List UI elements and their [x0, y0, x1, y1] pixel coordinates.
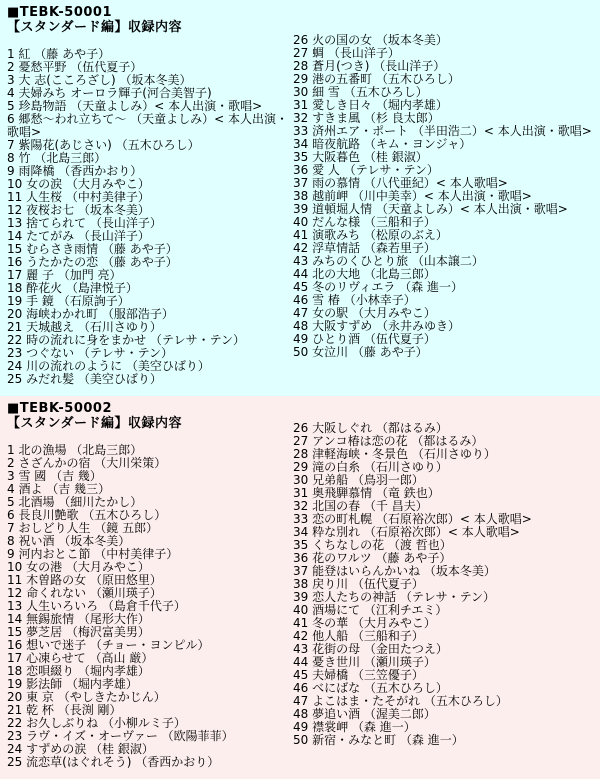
track-list-1-25: 1 紅 （藤 あや子）2 憂愁平野 （伍代夏子）3 大 志(こころざし) （坂本… [7, 48, 289, 386]
album-code-heading: ■TEBK-50001 [7, 5, 596, 20]
track-item: 50 新宿・みなと町 （森 進一） [293, 734, 595, 747]
track-item: 25 流恋草(はぐれそう) （香西かおり） [7, 756, 289, 769]
album-section-tebk-50002: ■TEBK-50002 【スタンダード編】収録内容 1 北の漁場 （北島三郎）2… [0, 396, 600, 779]
track-list-26-50: 26 大阪しぐれ （都はるみ）27 アンコ椿は恋の花 （都はるみ）28 津軽海峡… [293, 422, 595, 747]
album-code-heading: ■TEBK-50002 [7, 401, 596, 416]
album-section-tebk-50001: ■TEBK-50001 【スタンダード編】収録内容 1 紅 （藤 あや子）2 憂… [0, 0, 600, 396]
track-list-26-50: 26 火の国の女 （坂本冬美）27 蜩 （長山洋子）28 蒼月(つき) （長山洋… [293, 34, 595, 359]
track-item: 50 女泣川 （藤 あや子） [293, 346, 595, 359]
track-list-1-25: 1 北の漁場 （北島三郎）2 さざんかの宿 （大川栄策）3 雪 國 （吉 幾）4… [7, 444, 289, 769]
track-item: 6 郷愁～われ立ちて～ （天童よしみ）< 本人出演・歌唱> [7, 113, 289, 139]
track-item: 25 みだれ髪 （美空ひばり） [7, 373, 289, 386]
